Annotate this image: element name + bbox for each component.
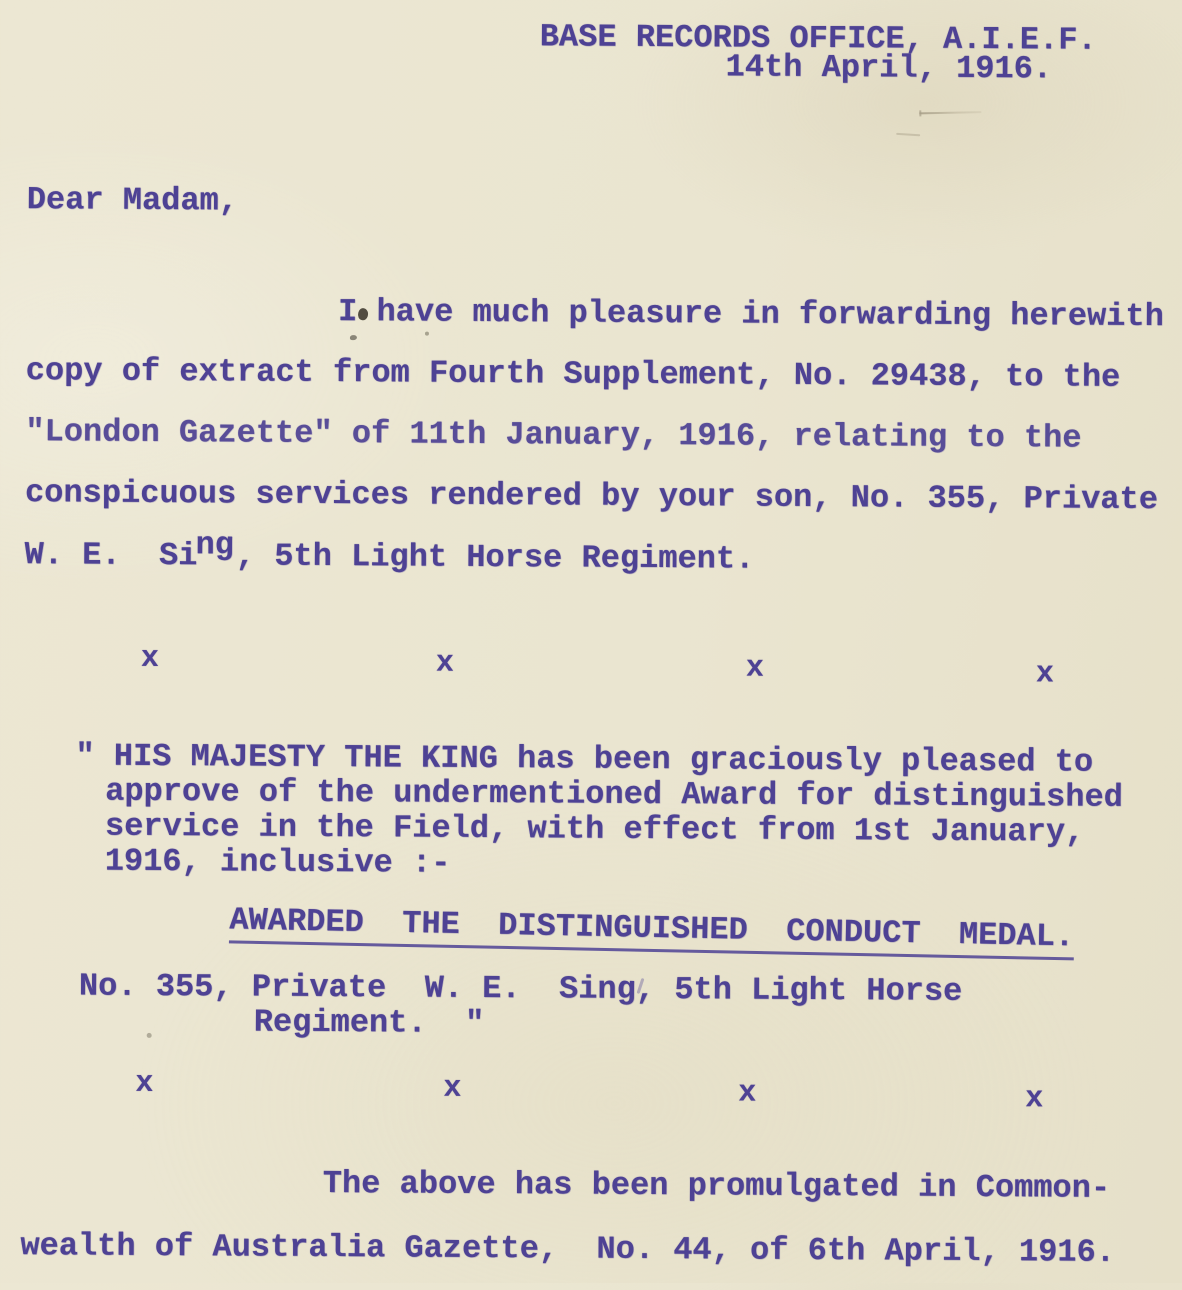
separator-x-5: x [135, 1069, 153, 1099]
ink-speck-2 [425, 332, 429, 336]
closing-line1: The above has been promulgated in Common… [323, 1166, 1111, 1206]
salutation: Dear Madam, [27, 182, 238, 218]
award-heading: AWARDED THE DISTINGUISHED CONDUCT MEDAL. [229, 902, 1074, 954]
separator-x-3: x [746, 654, 764, 684]
recipient-line2: Regiment. " [254, 1005, 485, 1042]
ink-speck [350, 335, 357, 340]
paragraph1-line5-end: , 5th Light Horse Regiment. [236, 537, 755, 577]
separator-x-2: x [436, 649, 454, 679]
letter-sheet: BASE RECORDS OFFICE, A.I.E.F. 14th April… [0, 0, 1182, 1283]
letterhead-date: 14th April, 1916. [725, 49, 1052, 86]
pencil-mark [919, 109, 981, 116]
ink-dot [147, 1033, 152, 1038]
pencil-mark-faint [896, 133, 920, 136]
separator-x-8: x [1025, 1084, 1043, 1114]
paragraph1-line3: "London Gazette" of 11th January, 1916, … [25, 414, 1081, 456]
separator-x-4: x [1036, 659, 1054, 689]
quote-line4: 1916, inclusive :- [105, 844, 451, 881]
closing-line2: wealth of Australia Gazette, No. 44, of … [20, 1228, 1115, 1270]
recipient-line1: No. 355, Private W. E. Sing, 5th Light H… [79, 969, 963, 1010]
separator-x-6: x [443, 1074, 461, 1104]
raised-typed-letters: ng [195, 526, 234, 563]
separator-x-1: x [141, 644, 159, 674]
paragraph1-line5: W. E. Sing, 5th Light Horse Regiment. [25, 537, 755, 577]
paragraph1-line2: copy of extract from Fourth Supplement, … [26, 353, 1121, 395]
paragraph1-line4: conspicuous services rendered by your so… [25, 475, 1158, 517]
award-heading-text: AWARDED THE DISTINGUISHED CONDUCT MEDAL. [229, 901, 1075, 960]
separator-x-7: x [738, 1079, 756, 1109]
paragraph1-line1: I have much pleasure in forwarding herew… [338, 294, 1164, 334]
paragraph1-line5-start: W. E. Si [24, 536, 197, 574]
scanned-letter-page: { "colors": { "paper": "#ebe6d1", "ink":… [0, 0, 1182, 1283]
